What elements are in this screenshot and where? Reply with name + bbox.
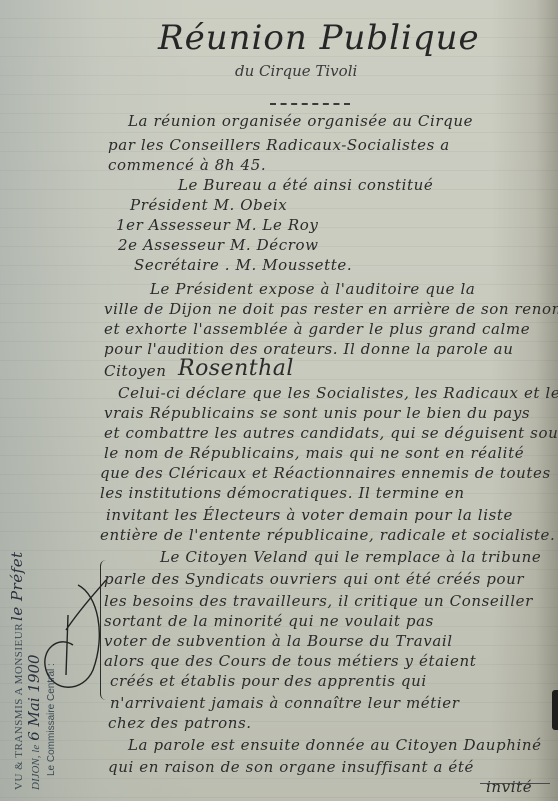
- stamp-line-transmis: VU & TRANSMIS A MONSIEURle Préfet: [8, 551, 26, 790]
- stamp-handwritten-recipient: le Préfet: [8, 551, 26, 621]
- bureau-member: 2e Assesseur M. Décrow: [118, 236, 319, 254]
- text-line: alors que des Cours de tous métiers y ét…: [104, 652, 476, 670]
- text-line: le nom de Républicains, mais qui ne sont…: [104, 444, 524, 462]
- document-title: Réunion Publique: [158, 18, 480, 58]
- text-line: n'arrivaient jamais à connaître leur mét…: [110, 694, 460, 712]
- text-line: qui en raison de son organe insuffisant …: [108, 758, 474, 776]
- closing-underline: [480, 783, 550, 784]
- text-line: les besoins des travailleurs, il critiqu…: [104, 592, 533, 610]
- document-subtitle: du Cirque Tivoli: [235, 62, 357, 80]
- text-line: les institutions démocratiques. Il termi…: [100, 484, 465, 502]
- stamp-line-date: DIJON, le6 Mai 1900: [25, 654, 43, 790]
- text-line: que des Cléricaux et Réactionnaires enne…: [100, 464, 551, 482]
- title-underline: [270, 103, 350, 105]
- page-edge-shadow: [552, 690, 558, 730]
- text-line: entière de l'entente républicaine, radic…: [100, 526, 555, 544]
- text-line: Citoyen: [104, 362, 167, 380]
- text-line: Le Citoyen Veland qui le remplace à la t…: [160, 548, 541, 566]
- text-line: et exhorte l'assemblée à garder le plus …: [104, 320, 530, 338]
- text-line: par les Conseillers Radicaux-Socialistes…: [108, 136, 450, 154]
- text-line: voter de subvention à la Bourse du Trava…: [104, 632, 453, 650]
- text-line: ville de Dijon ne doit pas rester en arr…: [104, 300, 558, 318]
- stamp-line-commissaire: Le Commissaire Central :: [46, 663, 57, 776]
- text-line: créés et établis pour des apprentis qui: [110, 672, 427, 690]
- bureau-member: Secrétaire . M. Moussette.: [134, 256, 352, 274]
- text-line: sortant de la minorité qui ne voulait pa…: [104, 612, 434, 630]
- bureau-member: 1er Assesseur M. Le Roy: [116, 216, 318, 234]
- text-line: chez des patrons.: [108, 714, 252, 732]
- bureau-intro: Le Bureau a été ainsi constitué: [178, 176, 433, 194]
- text-line: commencé à 8h 45.: [108, 156, 266, 174]
- text-line: La réunion organisée organisée au Cirque: [128, 112, 473, 130]
- stamp-handwritten-date: 6 Mai 1900: [25, 654, 43, 740]
- speaker-name: Rosenthal: [178, 356, 294, 381]
- text-line: invité: [486, 778, 532, 796]
- stamp-printed-text: VU & TRANSMIS A MONSIEUR: [13, 623, 25, 790]
- text-line: Celui-ci déclare que les Socialistes, le…: [118, 384, 558, 402]
- text-line: invitant les Électeurs à voter demain po…: [106, 506, 513, 524]
- text-line: Le Président expose à l'auditoire que la: [150, 280, 475, 298]
- text-line: vrais Républicains se sont unis pour le …: [104, 404, 530, 422]
- bureau-member: Président M. Obeix: [130, 196, 287, 214]
- text-line: parle des Syndicats ouvriers qui ont été…: [104, 570, 524, 588]
- text-line: pour l'audition des orateurs. Il donne l…: [104, 340, 514, 358]
- stamp-printed-text: DIJON, le: [30, 745, 42, 790]
- text-line: La parole est ensuite donnée au Citoyen …: [128, 736, 542, 754]
- manuscript-page: Réunion Publique du Cirque Tivoli La réu…: [0, 0, 558, 801]
- text-line: et combattre les autres candidats, qui s…: [104, 424, 558, 442]
